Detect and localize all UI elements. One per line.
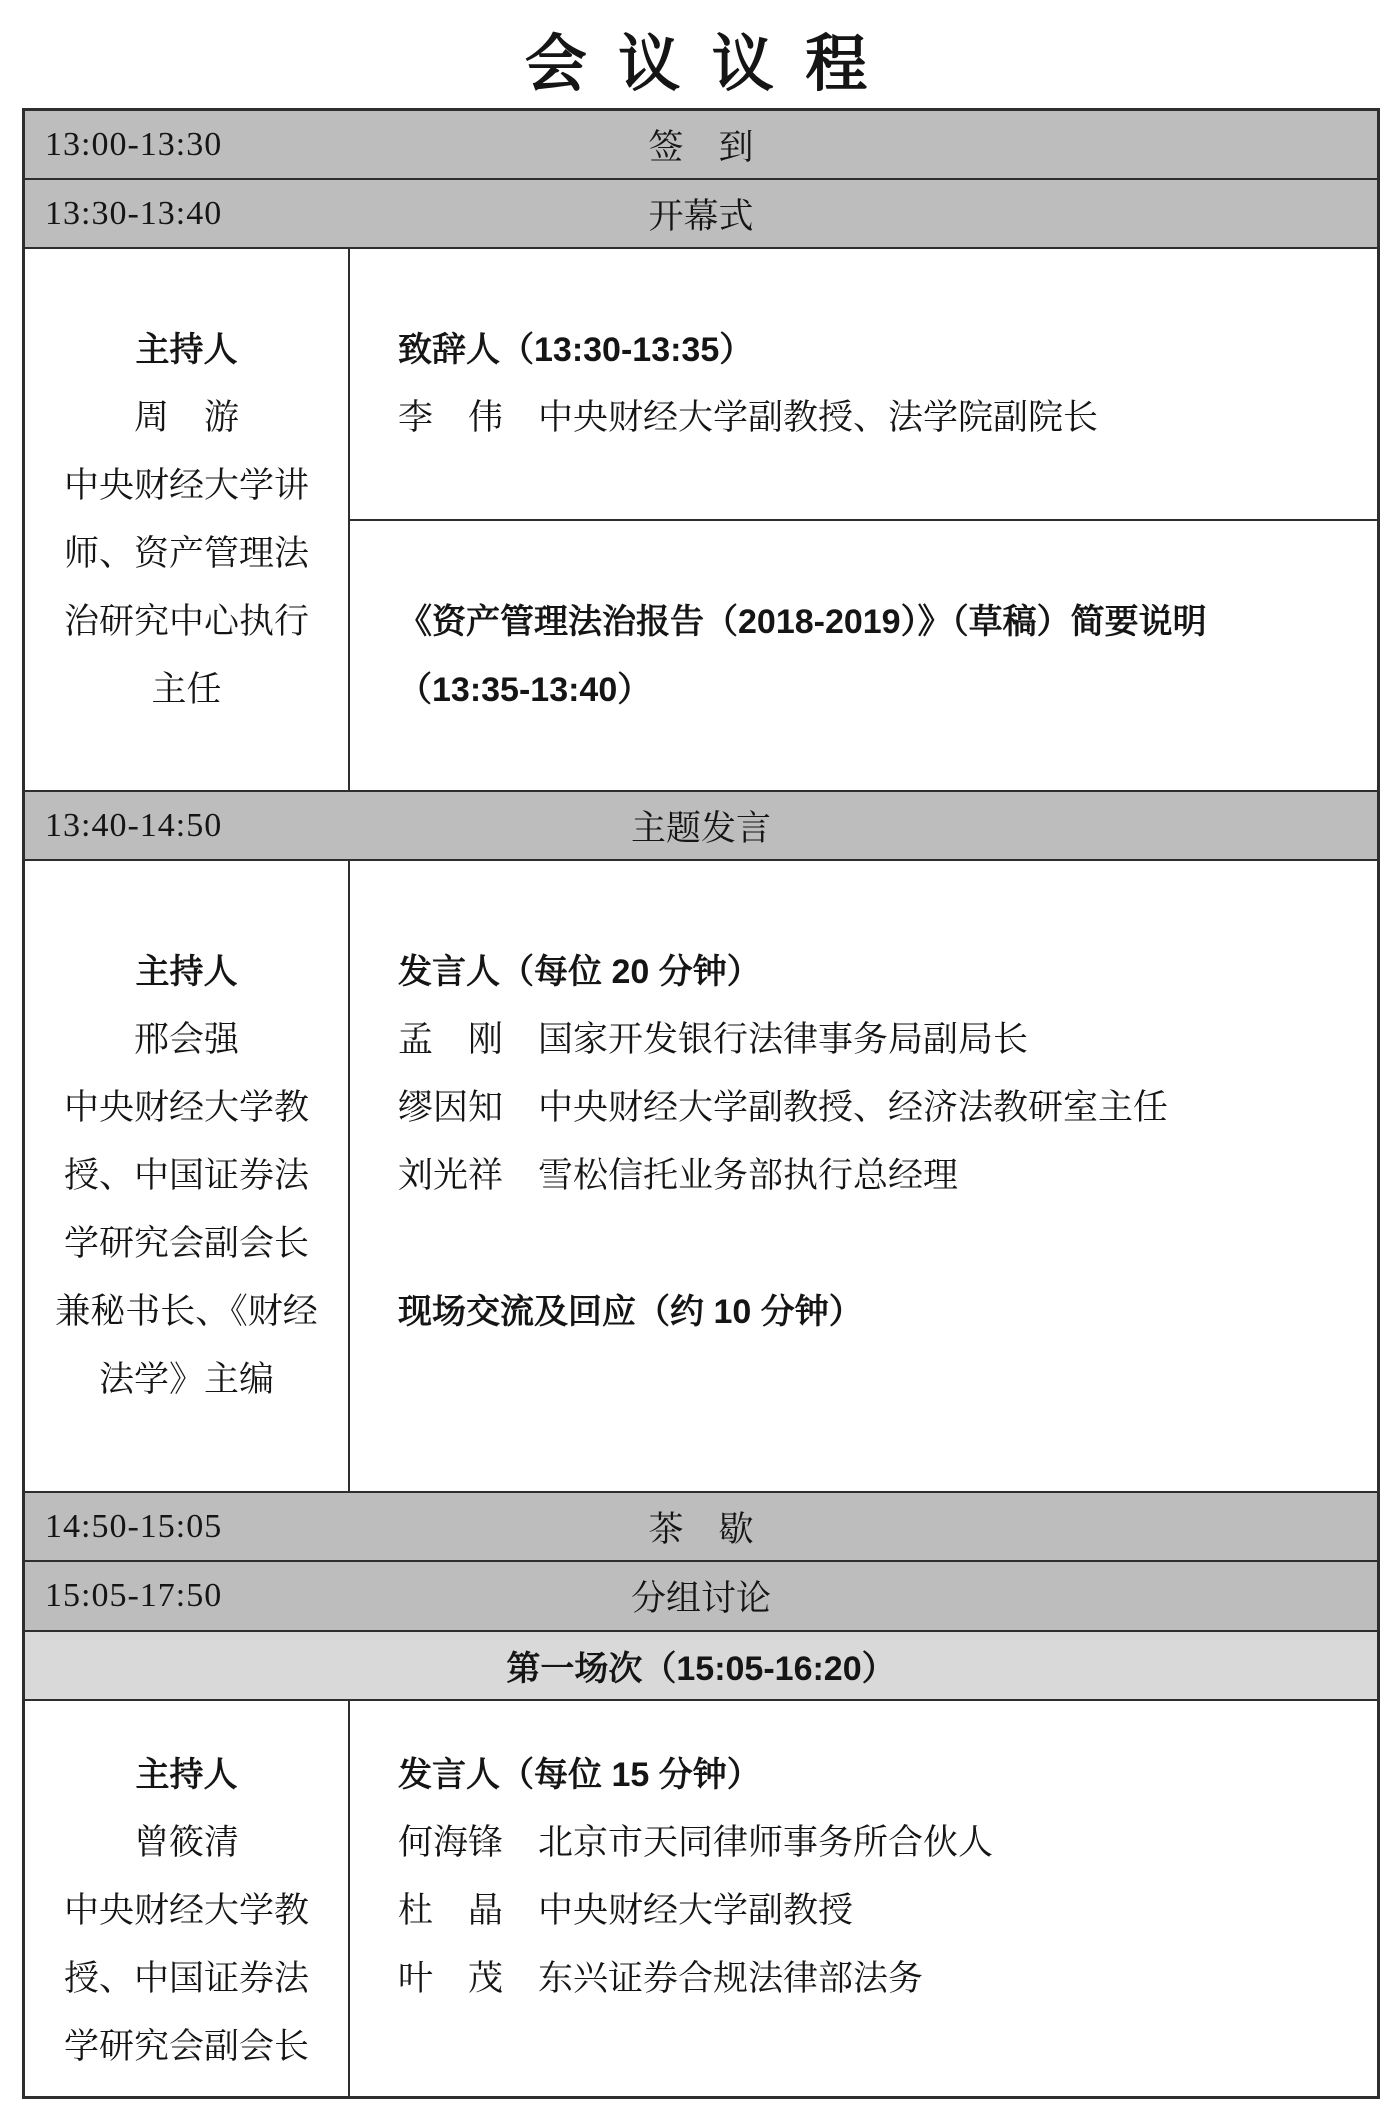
speech-heading: 致辞人（13:30-13:35） xyxy=(398,316,1377,384)
host-affiliation-line: 中央财经大学教 xyxy=(25,1877,348,1945)
row-keynote-time: 13:40-14:50 xyxy=(45,792,222,859)
row-signin: 13:00-13:30 签 到 xyxy=(25,111,1377,180)
report-time: （13:35-13:40） xyxy=(398,656,1377,724)
host-affiliation-line: 治研究中心执行 xyxy=(25,588,348,656)
section-opening-detail: 主持人 周 游 中央财经大学讲 师、资产管理法 治研究中心执行 主任 致辞人（1… xyxy=(25,249,1377,792)
spacer-line xyxy=(398,1346,1377,1414)
host-affiliation-line: 授、中国证券法 xyxy=(25,1945,348,2013)
row-signin-time: 13:00-13:30 xyxy=(45,111,222,178)
keynote-host-cell: 主持人 邢会强 中央财经大学教 授、中国证券法 学研究会副会长 兼秘书长、《财经… xyxy=(25,861,350,1491)
row-keynote: 13:40-14:50 主题发言 xyxy=(25,792,1377,861)
qa-heading: 现场交流及回应（约 10 分钟） xyxy=(398,1278,1377,1346)
session1-host-cell: 主持人 曾筱清 中央财经大学教 授、中国证券法 学研究会副会长 xyxy=(25,1701,350,2096)
session1-content-cell: 发言人（每位 15 分钟） 何海锋 北京市天同律师事务所合伙人 杜 晶 中央财经… xyxy=(350,1701,1377,2096)
row-tea-break-time: 14:50-15:05 xyxy=(45,1493,222,1560)
row-session1-header: 第一场次（15:05-16:20） xyxy=(25,1632,1377,1701)
speaker-entry: 杜 晶 中央财经大学副教授 xyxy=(398,1877,1377,1945)
row-group-discussion: 15:05-17:50 分组讨论 xyxy=(25,1562,1377,1632)
row-opening-label: 开幕式 xyxy=(648,189,753,239)
row-tea-break-label: 茶 歇 xyxy=(648,1502,753,1552)
opening-report-cell: 《资产管理法治报告（2018-2019）》（草稿）简要说明 （13:35-13:… xyxy=(350,521,1377,790)
section-keynote-detail: 主持人 邢会强 中央财经大学教 授、中国证券法 学研究会副会长 兼秘书长、《财经… xyxy=(25,861,1377,1493)
row-tea-break: 14:50-15:05 茶 歇 xyxy=(25,1493,1377,1562)
row-keynote-label: 主题发言 xyxy=(631,801,771,851)
speaker-entry: 刘光祥 雪松信托业务部执行总经理 xyxy=(398,1142,1377,1210)
row-opening: 13:30-13:40 开幕式 xyxy=(25,180,1377,249)
spacer-line xyxy=(398,1210,1377,1278)
row-group-discussion-label: 分组讨论 xyxy=(631,1571,771,1621)
host-affiliation-line: 师、资产管理法 xyxy=(25,520,348,588)
host-name: 邢会强 xyxy=(25,1006,348,1074)
host-name: 周 游 xyxy=(25,384,348,452)
host-affiliation-line: 主任 xyxy=(25,656,348,724)
host-affiliation-line: 学研究会副会长 xyxy=(25,2013,348,2081)
host-name: 曾筱清 xyxy=(25,1809,348,1877)
opening-content-cell: 致辞人（13:30-13:35） 李 伟 中央财经大学副教授、法学院副院长 《资… xyxy=(350,249,1377,790)
report-heading: 《资产管理法治报告（2018-2019）》（草稿）简要说明 xyxy=(398,588,1377,656)
keynote-speaker-list: 发言人（每位 20 分钟） 孟 刚 国家开发银行法律事务局副局长 缪因知 中央财… xyxy=(350,861,1377,1491)
host-affiliation-line: 法学》主编 xyxy=(25,1346,348,1414)
host-title: 主持人 xyxy=(25,938,348,1006)
host-affiliation-line: 学研究会副会长 xyxy=(25,1210,348,1278)
host-affiliation-line: 授、中国证券法 xyxy=(25,1142,348,1210)
speaker-entry: 缪因知 中央财经大学副教授、经济法教研室主任 xyxy=(398,1074,1377,1142)
session1-header-label: 第一场次（15:05-16:20） xyxy=(506,1641,895,1690)
host-affiliation-line: 中央财经大学讲 xyxy=(25,452,348,520)
section-session1-detail: 主持人 曾筱清 中央财经大学教 授、中国证券法 学研究会副会长 发言人（每位 1… xyxy=(25,1701,1377,2096)
speakers-heading: 发言人（每位 15 分钟） xyxy=(398,1741,1377,1809)
session1-speaker-list: 发言人（每位 15 分钟） 何海锋 北京市天同律师事务所合伙人 杜 晶 中央财经… xyxy=(350,1701,1377,2096)
speaker-entry: 何海锋 北京市天同律师事务所合伙人 xyxy=(398,1809,1377,1877)
row-opening-time: 13:30-13:40 xyxy=(45,180,222,247)
speaker-entry: 叶 茂 东兴证券合规法律部法务 xyxy=(398,1945,1377,2013)
host-affiliation-line: 中央财经大学教 xyxy=(25,1074,348,1142)
opening-host-cell: 主持人 周 游 中央财经大学讲 师、资产管理法 治研究中心执行 主任 xyxy=(25,249,350,790)
row-group-discussion-time: 15:05-17:50 xyxy=(45,1562,222,1630)
host-title: 主持人 xyxy=(25,1741,348,1809)
host-affiliation-line: 兼秘书长、《财经 xyxy=(25,1278,348,1346)
agenda-page: 会 议 议 程 13:00-13:30 签 到 13:30-13:40 开幕式 … xyxy=(0,0,1400,2118)
keynote-content-cell: 发言人（每位 20 分钟） 孟 刚 国家开发银行法律事务局副局长 缪因知 中央财… xyxy=(350,861,1377,1491)
host-title: 主持人 xyxy=(25,316,348,384)
opening-speech-cell: 致辞人（13:30-13:35） 李 伟 中央财经大学副教授、法学院副院长 xyxy=(350,249,1377,521)
speaker-entry: 孟 刚 国家开发银行法律事务局副局长 xyxy=(398,1006,1377,1074)
row-signin-label: 签 到 xyxy=(648,120,753,170)
agenda-table: 13:00-13:30 签 到 13:30-13:40 开幕式 主持人 周 游 … xyxy=(22,108,1380,2099)
speech-speaker: 李 伟 中央财经大学副教授、法学院副院长 xyxy=(398,384,1377,452)
speakers-heading: 发言人（每位 20 分钟） xyxy=(398,938,1377,1006)
page-title: 会 议 议 程 xyxy=(0,14,1400,103)
